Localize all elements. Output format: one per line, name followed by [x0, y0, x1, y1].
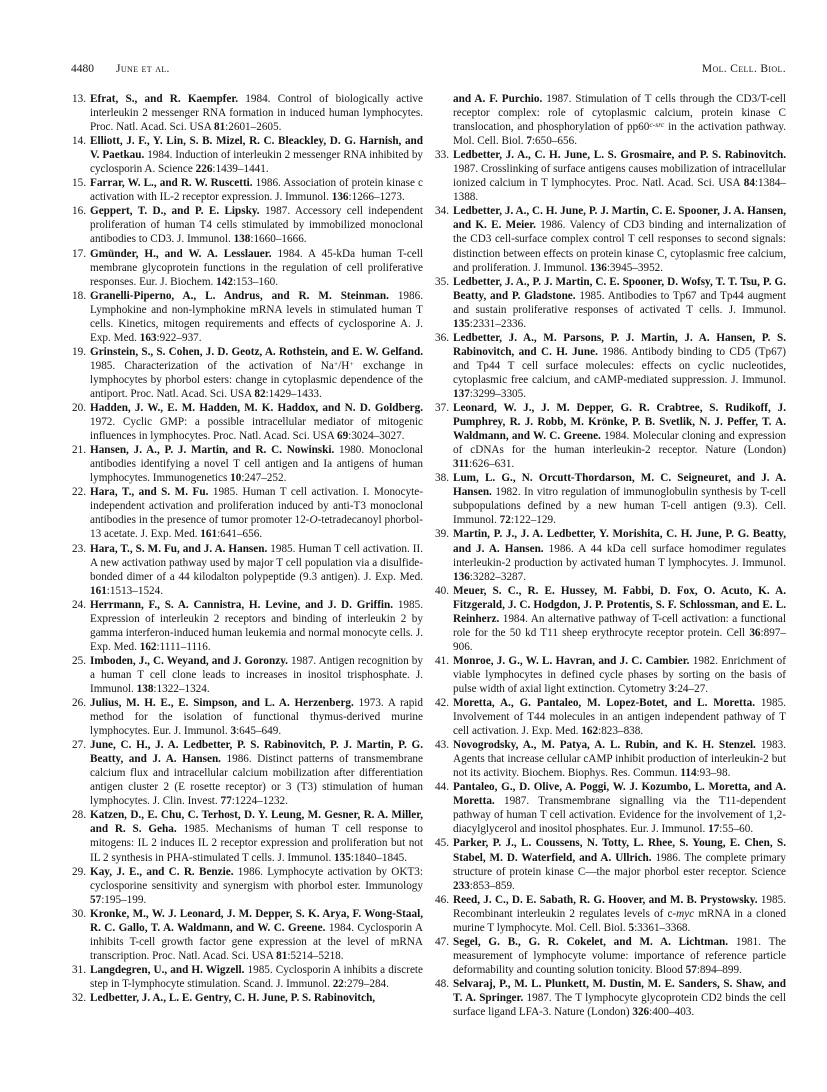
- reference-text-segment: :1513–1524.: [107, 585, 163, 597]
- reference-item: 43.Novogrodsky, A., M. Patya, A. L. Rubi…: [434, 738, 786, 780]
- reference-text-segment: 72: [500, 514, 511, 526]
- reference-text-segment: 326: [632, 1006, 649, 1018]
- reference-item: 18.Granelli-Piperno, A., L. Andrus, and …: [71, 289, 423, 345]
- reference-text: Moretta, A., G. Pantaleo, M. Lopez-Botet…: [453, 697, 786, 737]
- reference-number: 20.: [71, 401, 86, 415]
- reference-number: 30.: [71, 907, 86, 921]
- reference-text-segment: :3945–3952.: [607, 262, 663, 274]
- reference-text-segment: 135: [334, 852, 351, 864]
- reference-number: 36.: [434, 331, 449, 345]
- reference-text-segment: :894–899.: [697, 964, 742, 976]
- reference-text: Geppert, T. D., and P. E. Lipsky. 1987. …: [90, 205, 423, 245]
- reference-text: Langdegren, U., and H. Wigzell. 1985. Cy…: [90, 964, 423, 990]
- reference-item: 33.Ledbetter, J. A., C. H. June, L. S. G…: [434, 148, 786, 204]
- reference-item: 14.Elliott, J. F., Y. Lin, S. B. Mizel, …: [71, 134, 423, 176]
- reference-number: 38.: [434, 471, 449, 485]
- reference-number: 41.: [434, 654, 449, 668]
- reference-text-segment: 69: [337, 430, 348, 442]
- reference-text-segment: :195–199.: [101, 894, 146, 906]
- reference-item: 40.Meuer, S. C., R. E. Hussey, M. Fabbi,…: [434, 584, 786, 654]
- reference-number: 23.: [71, 542, 86, 556]
- reference-text: and A. F. Purchio. 1987. Stimulation of …: [453, 93, 786, 147]
- reference-text-segment: :1111–1116.: [157, 641, 211, 653]
- reference-text-segment: 81: [214, 121, 225, 133]
- reference-item: 35.Ledbetter, J. A., P. J. Martin, C. E.…: [434, 275, 786, 331]
- reference-text-segment: Hara, T., S. M. Fu, and J. A. Hansen.: [90, 543, 267, 555]
- reference-text: June, C. H., J. A. Ledbetter, P. S. Rabi…: [90, 739, 423, 807]
- reference-text-segment: Reed, J. C., D. E. Sabath, R. G. Hoover,…: [453, 894, 758, 906]
- reference-text-segment: 84: [744, 177, 755, 189]
- reference-text-segment: :55–60.: [719, 823, 753, 835]
- reference-text-segment: :1322–1324.: [153, 683, 209, 695]
- reference-text-segment: 162: [581, 725, 598, 737]
- reference-text-segment: :2331–2336.: [470, 318, 526, 330]
- reference-text-segment: Moretta, A., G. Pantaleo, M. Lopez-Botet…: [453, 697, 755, 709]
- reference-text-segment: 1987. Crosslinking of surface antigens c…: [453, 163, 786, 189]
- reference-text-segment: Hansen, J. A., P. J. Martin, and R. C. N…: [90, 444, 334, 456]
- reference-item: 21.Hansen, J. A., P. J. Martin, and R. C…: [71, 443, 423, 485]
- reference-text: Granelli-Piperno, A., L. Andrus, and R. …: [90, 290, 423, 344]
- reference-text: Ledbetter, J. A., P. J. Martin, C. E. Sp…: [453, 276, 786, 330]
- reference-number: 14.: [71, 134, 86, 148]
- reference-number: 19.: [71, 345, 86, 359]
- reference-number: 43.: [434, 738, 449, 752]
- reference-item: 20.Hadden, J. W., E. M. Hadden, M. K. Ha…: [71, 401, 423, 443]
- reference-item: 37.Leonard, W. J., J. M. Depper, G. R. C…: [434, 401, 786, 471]
- reference-item: 26.Julius, M. H. E., E. Simpson, and L. …: [71, 696, 423, 738]
- reference-number: 37.: [434, 401, 449, 415]
- reference-text-segment: :626–631.: [469, 458, 514, 470]
- reference-text-segment: :93–98.: [697, 767, 731, 779]
- reference-text-segment: Imboden, J., C. Weyand, and J. Goronzy.: [90, 655, 288, 667]
- reference-text-segment: 162: [140, 641, 157, 653]
- reference-text-segment: 137: [453, 388, 470, 400]
- reference-text-segment: :1429–1433.: [266, 388, 322, 400]
- reference-text-segment: and A. F. Purchio.: [453, 93, 542, 105]
- running-head-left: 4480 June et al.: [71, 63, 170, 75]
- reference-text-segment: Kay, J. E., and C. R. Benzie.: [90, 866, 234, 878]
- reference-item: 38.Lum, L. G., N. Orcutt-Thordarson, M. …: [434, 471, 786, 527]
- reference-text: Kronke, M., W. J. Leonard, J. M. Depper,…: [90, 908, 423, 962]
- reference-item: 29.Kay, J. E., and C. R. Benzie. 1986. L…: [71, 865, 423, 907]
- reference-text-segment: :823–838.: [598, 725, 643, 737]
- reference-number: 26.: [71, 696, 86, 710]
- reference-text: Efrat, S., and R. Kaempfer. 1984. Contro…: [90, 93, 423, 133]
- reference-text: Elliott, J. F., Y. Lin, S. B. Mizel, R. …: [90, 135, 423, 175]
- reference-text-segment: :1660–1666.: [250, 233, 306, 245]
- reference-text-segment: Granelli-Piperno, A., L. Andrus, and R. …: [90, 290, 389, 302]
- reference-text-segment: Grinstein, S., S. Cohen, J. D. Geotz, A.…: [90, 346, 423, 358]
- reference-text: Katzen, D., E. Chu, C. Terhost, D. Y. Le…: [90, 809, 423, 863]
- reference-text-segment: Herrmann, F., S. A. Cannistra, H. Levine…: [90, 599, 393, 611]
- reference-number: 48.: [434, 977, 449, 991]
- reference-text-segment: :3282–3287.: [470, 571, 526, 583]
- reference-text-segment: 161: [200, 528, 217, 540]
- reference-text-segment: :279–284.: [344, 978, 389, 990]
- reference-text: Selvaraj, P., M. L. Plunkett, M. Dustin,…: [453, 978, 786, 1018]
- references-left-column: 13.Efrat, S., and R. Kaempfer. 1984. Con…: [71, 92, 423, 1019]
- reference-text-segment: :645–649.: [236, 725, 281, 737]
- reference-text: Leonard, W. J., J. M. Depper, G. R. Crab…: [453, 402, 786, 470]
- reference-number: 46.: [434, 893, 449, 907]
- reference-text: Reed, J. C., D. E. Sabath, R. G. Hoover,…: [453, 894, 786, 934]
- reference-number: 28.: [71, 808, 86, 822]
- reference-text-segment: 81: [276, 950, 287, 962]
- reference-text-segment: Hadden, J. W., E. M. Hadden, M. K. Haddo…: [90, 402, 423, 414]
- reference-text-segment: :1840–1845.: [351, 852, 407, 864]
- reference-text-segment: Geppert, T. D., and P. E. Lipsky.: [90, 205, 260, 217]
- reference-text-segment: 77: [221, 795, 232, 807]
- reference-number: 25.: [71, 654, 86, 668]
- reference-text-segment: 138: [137, 683, 154, 695]
- reference-item: 27.June, C. H., J. A. Ledbetter, P. S. R…: [71, 738, 423, 808]
- reference-item: 30.Kronke, M., W. J. Leonard, J. M. Depp…: [71, 907, 423, 963]
- page-number: 4480: [71, 63, 94, 75]
- reference-text-segment: Ledbetter, J. A., L. E. Gentry, C. H. Ju…: [90, 992, 375, 1004]
- reference-number: 34.: [434, 204, 449, 218]
- reference-text-segment: :3299–3305.: [470, 388, 526, 400]
- reference-text-segment: Gmünder, H., and W. A. Lesslauer.: [90, 248, 272, 260]
- reference-number: 17.: [71, 247, 86, 261]
- reference-text: Hadden, J. W., E. M. Hadden, M. K. Haddo…: [90, 402, 423, 442]
- reference-text-segment: 311: [453, 458, 469, 470]
- reference-text-segment: 114: [680, 767, 696, 779]
- reference-text: Parker, P. J., L. Coussens, N. Totty, L.…: [453, 837, 786, 891]
- reference-text-segment: +: [349, 359, 353, 368]
- reference-number: 29.: [71, 865, 86, 879]
- reference-item: 22.Hara, T., and S. M. Fu. 1985. Human T…: [71, 485, 423, 541]
- reference-number: 44.: [434, 780, 449, 794]
- reference-text-segment: 163: [140, 332, 157, 344]
- reference-number: 22.: [71, 485, 86, 499]
- reference-item: 32.Ledbetter, J. A., L. E. Gentry, C. H.…: [71, 991, 423, 1005]
- reference-text-segment: /H: [338, 360, 349, 372]
- reference-text-segment: :5214–5218.: [287, 950, 343, 962]
- reference-text-segment: :122–129.: [511, 514, 556, 526]
- reference-item: 41.Monroe, J. G., W. L. Havran, and J. C…: [434, 654, 786, 696]
- reference-item: 36.Ledbetter, J. A., M. Parsons, P. J. M…: [434, 331, 786, 401]
- reference-number: 42.: [434, 696, 449, 710]
- reference-text: Julius, M. H. E., E. Simpson, and L. A. …: [90, 697, 423, 737]
- reference-text-segment: 135: [453, 318, 470, 330]
- reference-text: Ledbetter, J. A., L. E. Gentry, C. H. Ju…: [90, 992, 375, 1004]
- reference-text-segment: 22: [333, 978, 344, 990]
- reference-text-segment: :153–160.: [233, 276, 278, 288]
- reference-number: 16.: [71, 204, 86, 218]
- reference-item: 46.Reed, J. C., D. E. Sabath, R. G. Hoov…: [434, 893, 786, 935]
- reference-columns: 13.Efrat, S., and R. Kaempfer. 1984. Con…: [71, 92, 787, 1019]
- reference-text-segment: Hara, T., and S. M. Fu.: [90, 486, 208, 498]
- reference-text-segment: :24–27.: [674, 683, 708, 695]
- reference-text-segment: Farrar, W. L., and R. W. Ruscetti.: [90, 177, 253, 189]
- reference-text: Meuer, S. C., R. E. Hussey, M. Fabbi, D.…: [453, 585, 786, 653]
- running-title: June et al.: [116, 63, 170, 75]
- reference-text: Lum, L. G., N. Orcutt-Thordarson, M. C. …: [453, 472, 786, 526]
- reference-text-segment: 136: [453, 571, 470, 583]
- reference-number: 18.: [71, 289, 86, 303]
- reference-text-segment: 161: [90, 585, 107, 597]
- reference-text-segment: :641–656.: [217, 528, 262, 540]
- reference-text-segment: 138: [234, 233, 251, 245]
- reference-text-segment: :2601–2605.: [225, 121, 281, 133]
- reference-text-segment: :1224–1232.: [232, 795, 288, 807]
- journal-name: Mol. Cell. Biol.: [702, 63, 786, 75]
- reference-text-segment: 10: [230, 472, 241, 484]
- reference-text-segment: :3361–3368.: [634, 922, 690, 934]
- reference-number: 27.: [71, 738, 86, 752]
- reference-text-segment: 82: [254, 388, 265, 400]
- reference-text: Hansen, J. A., P. J. Martin, and R. C. N…: [90, 444, 423, 484]
- reference-text-segment: c-src: [649, 120, 664, 129]
- reference-text: Grinstein, S., S. Cohen, J. D. Geotz, A.…: [90, 346, 423, 400]
- reference-text: Farrar, W. L., and R. W. Ruscetti. 1986.…: [90, 177, 423, 203]
- reference-text-segment: :3024–3027.: [348, 430, 404, 442]
- reference-text-segment: 1985. Characterization of the activation…: [90, 360, 334, 372]
- reference-text-segment: +: [334, 359, 338, 368]
- reference-text: Novogrodsky, A., M. Patya, A. L. Rubin, …: [453, 739, 786, 779]
- reference-number: 35.: [434, 275, 449, 289]
- reference-text-segment: :400–403.: [649, 1006, 694, 1018]
- reference-text-segment: :650–656.: [532, 135, 577, 147]
- reference-item: 47.Segel, G. B., G. R. Cokelet, and M. A…: [434, 935, 786, 977]
- reference-text: Pantaleo, G., D. Olive, A. Poggi, W. J. …: [453, 781, 786, 835]
- reference-number: 13.: [71, 92, 86, 106]
- reference-text-segment: myc: [676, 908, 694, 920]
- reference-continuation: and A. F. Purchio. 1987. Stimulation of …: [434, 92, 786, 148]
- reference-text-segment: 142: [216, 276, 233, 288]
- reference-text: Imboden, J., C. Weyand, and J. Goronzy. …: [90, 655, 423, 695]
- reference-number: 33.: [434, 148, 449, 162]
- reference-item: 39.Martin, P. J., J. A. Ledbetter, Y. Mo…: [434, 527, 786, 583]
- reference-text-segment: :922–937.: [157, 332, 202, 344]
- reference-text: Martin, P. J., J. A. Ledbetter, Y. Moris…: [453, 528, 786, 582]
- reference-text-segment: :853–859.: [470, 880, 515, 892]
- reference-text: Segel, G. B., G. R. Cokelet, and M. A. L…: [453, 936, 786, 976]
- reference-text-segment: 17: [708, 823, 719, 835]
- reference-text-segment: :247–252.: [241, 472, 286, 484]
- reference-number: 39.: [434, 527, 449, 541]
- reference-item: 48.Selvaraj, P., M. L. Plunkett, M. Dust…: [434, 977, 786, 1019]
- reference-text: Hara, T., S. M. Fu, and J. A. Hansen. 19…: [90, 543, 423, 597]
- reference-text-segment: Efrat, S., and R. Kaempfer.: [90, 93, 238, 105]
- reference-number: 32.: [71, 991, 86, 1005]
- reference-text-segment: 226: [196, 163, 213, 175]
- reference-text-segment: :1439–1441.: [212, 163, 268, 175]
- reference-text: Hara, T., and S. M. Fu. 1985. Human T ce…: [90, 486, 423, 540]
- reference-text-segment: Monroe, J. G., W. L. Havran, and J. C. C…: [453, 655, 689, 667]
- reference-item: 17.Gmünder, H., and W. A. Lesslauer. 198…: [71, 247, 423, 289]
- reference-item: 34.Ledbetter, J. A., C. H. June, P. J. M…: [434, 204, 786, 274]
- reference-text-segment: 1984. An alternative pathway of T-cell a…: [453, 613, 786, 639]
- reference-text-segment: 57: [686, 964, 697, 976]
- reference-text: Gmünder, H., and W. A. Lesslauer. 1984. …: [90, 248, 423, 288]
- reference-item: 19.Grinstein, S., S. Cohen, J. D. Geotz,…: [71, 345, 423, 401]
- reference-item: 23.Hara, T., S. M. Fu, and J. A. Hansen.…: [71, 542, 423, 598]
- reference-number: 21.: [71, 443, 86, 457]
- reference-text-segment: :1266–1273.: [349, 191, 405, 203]
- reference-number: 31.: [71, 963, 86, 977]
- reference-item: 24.Herrmann, F., S. A. Cannistra, H. Lev…: [71, 598, 423, 654]
- reference-text-segment: Novogrodsky, A., M. Patya, A. L. Rubin, …: [453, 739, 756, 751]
- reference-text-segment: 233: [453, 880, 470, 892]
- reference-item: 45.Parker, P. J., L. Coussens, N. Totty,…: [434, 836, 786, 892]
- reference-item: 42.Moretta, A., G. Pantaleo, M. Lopez-Bo…: [434, 696, 786, 738]
- reference-text-segment: 57: [90, 894, 101, 906]
- reference-text-segment: 136: [590, 262, 607, 274]
- reference-text-segment: Langdegren, U., and H. Wigzell.: [90, 964, 244, 976]
- reference-text: Monroe, J. G., W. L. Havran, and J. C. C…: [453, 655, 786, 695]
- reference-item: 15.Farrar, W. L., and R. W. Ruscetti. 19…: [71, 176, 423, 204]
- reference-item: 16.Geppert, T. D., and P. E. Lipsky. 198…: [71, 204, 423, 246]
- reference-text-segment: Segel, G. B., G. R. Cokelet, and M. A. L…: [453, 936, 728, 948]
- reference-text-segment: Ledbetter, J. A., C. H. June, L. S. Gros…: [453, 149, 786, 161]
- reference-text-segment: 36: [749, 627, 760, 639]
- reference-number: 45.: [434, 836, 449, 850]
- reference-number: 40.: [434, 584, 449, 598]
- reference-text-segment: O: [310, 514, 318, 526]
- page: 4480 June et al. Mol. Cell. Biol. 13.Efr…: [0, 0, 827, 1092]
- reference-text-segment: 136: [332, 191, 349, 203]
- reference-text-segment: Julius, M. H. E., E. Simpson, and L. A. …: [90, 697, 354, 709]
- page-header: 4480 June et al. Mol. Cell. Biol.: [71, 63, 786, 75]
- reference-text: Herrmann, F., S. A. Cannistra, H. Levine…: [90, 599, 423, 653]
- reference-number: 47.: [434, 935, 449, 949]
- reference-text: Kay, J. E., and C. R. Benzie. 1986. Lymp…: [90, 866, 423, 906]
- references-right-column: and A. F. Purchio. 1987. Stimulation of …: [434, 92, 786, 1019]
- reference-item: 44.Pantaleo, G., D. Olive, A. Poggi, W. …: [434, 780, 786, 836]
- reference-item: 31.Langdegren, U., and H. Wigzell. 1985.…: [71, 963, 423, 991]
- reference-text: Ledbetter, J. A., M. Parsons, P. J. Mart…: [453, 332, 786, 400]
- reference-item: 13.Efrat, S., and R. Kaempfer. 1984. Con…: [71, 92, 423, 134]
- reference-text: Ledbetter, J. A., C. H. June, L. S. Gros…: [453, 149, 786, 203]
- reference-number: 15.: [71, 176, 86, 190]
- reference-item: 25.Imboden, J., C. Weyand, and J. Goronz…: [71, 654, 423, 696]
- reference-item: 28.Katzen, D., E. Chu, C. Terhost, D. Y.…: [71, 808, 423, 864]
- reference-number: 24.: [71, 598, 86, 612]
- reference-text: Ledbetter, J. A., C. H. June, P. J. Mart…: [453, 205, 786, 273]
